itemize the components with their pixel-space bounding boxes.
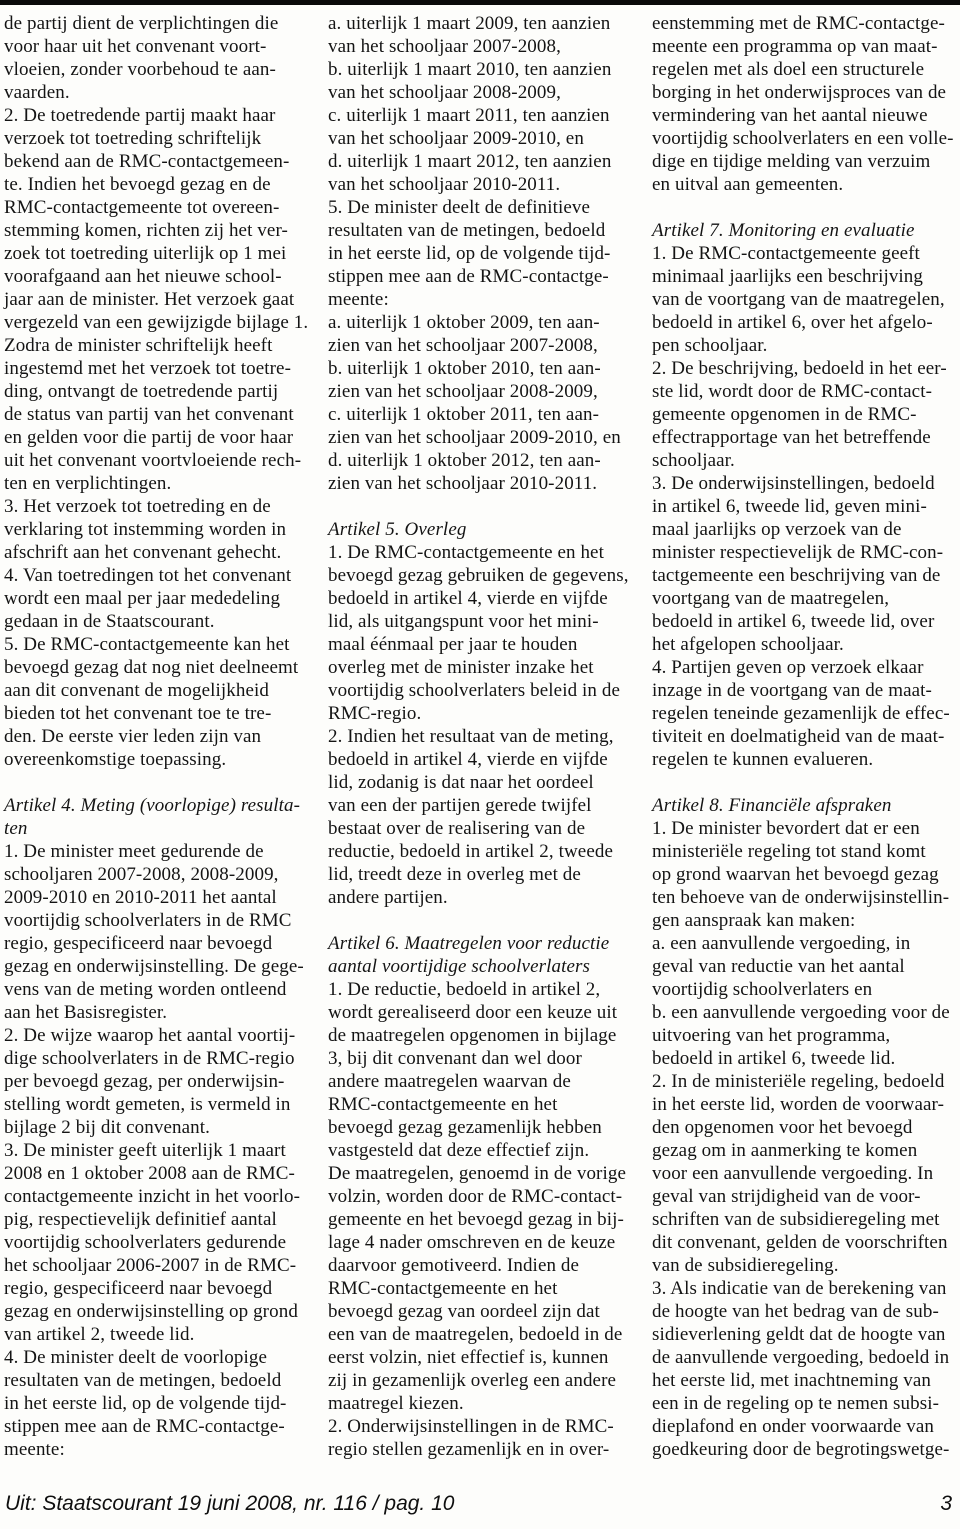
text-line: gen aanspraak kan maken:: [652, 909, 954, 932]
text-line: tactgemeente een beschrijving van de: [652, 564, 954, 587]
article-heading-line: Artikel 4. Meting (voorlopige) resulta-: [4, 794, 306, 817]
text-line: van het schooljaar 2010-2011.: [328, 173, 630, 196]
footer-source: Uit: Staatscourant 19 juni 2008, nr. 116…: [5, 1492, 454, 1516]
text-line: c. uiterlijk 1 maart 2011, ten aanzien: [328, 104, 630, 127]
article-heading-line: Artikel 5. Overleg: [328, 518, 630, 541]
text-line: ste lid, wordt door de RMC-contact-: [652, 380, 954, 403]
text-line: in artikel 6, tweede lid, geven mini-: [652, 495, 954, 518]
text-line: de partij dient de verplichtingen die: [4, 12, 306, 35]
text-line: gemeente opgenomen in de RMC-: [652, 403, 954, 426]
text-line: ingestemd met het verzoek tot toetre-: [4, 357, 306, 380]
text-line: 3. De minister geeft uiterlijk 1 maart: [4, 1139, 306, 1162]
text-line: lid, zodanig is dat naar het oordeel: [328, 771, 630, 794]
text-line: voortijdig schoolverlaters en een volle-: [652, 127, 954, 150]
top-rule: [0, 0, 960, 5]
text-line: geval van strijdigheid van de voor-: [652, 1185, 954, 1208]
text-line: bedoeld in artikel 6, over het afgelo-: [652, 311, 954, 334]
text-line: regelen met als doel een structurele: [652, 58, 954, 81]
text-line: zien van het schooljaar 2008-2009,: [328, 380, 630, 403]
article-heading-line: Artikel 6. Maatregelen voor reductie: [328, 932, 630, 955]
text-line: 3. Als indicatie van de berekening van: [652, 1277, 954, 1300]
text-line: uitvoering van het programma,: [652, 1024, 954, 1047]
text-line: reductie, bedoeld in artikel 2, tweede: [328, 840, 630, 863]
text-line: inzage in de voortgang van de maat-: [652, 679, 954, 702]
text-line: regio, gespecificeerd naar bevoegd: [4, 932, 306, 955]
text-line: de status van partij van het convenant: [4, 403, 306, 426]
text-line: aan dit convenant de mogelijkheid: [4, 679, 306, 702]
text-line: lage 4 nader omschreven en de keuze: [328, 1231, 630, 1254]
text-line: contactgemeente inzicht in het voorlo-: [4, 1185, 306, 1208]
text-line: 4. Van toetredingen tot het convenant: [4, 564, 306, 587]
text-line: 3. De onderwijsinstellingen, bedoeld: [652, 472, 954, 495]
text-line: van de subsidieregeling.: [652, 1254, 954, 1277]
text-line: maatregel kiezen.: [328, 1392, 630, 1415]
text-line: goedkeuring door de begrotingswetge-: [652, 1438, 954, 1461]
text-line: per bevoegd gezag, per onderwijsin-: [4, 1070, 306, 1093]
text-line: van de voortgang van de maatregelen,: [652, 288, 954, 311]
text-line: 2. De toetredende partij maakt haar: [4, 104, 306, 127]
text-line: dige en tijdige melding van verzuim: [652, 150, 954, 173]
text-line: maal jaarlijks op verzoek van de: [652, 518, 954, 541]
text-line: resultaten van de metingen, bedoeld: [4, 1369, 306, 1392]
text-line: een van de maatregelen, bedoeld in de: [328, 1323, 630, 1346]
text-line: bedoeld in artikel 4, vierde en vijfde: [328, 587, 630, 610]
text-line: meente:: [4, 1438, 306, 1461]
text-line: te. Indien het bevoegd gezag en de: [4, 173, 306, 196]
text-line: lid, treedt deze in overleg met de: [328, 863, 630, 886]
text-line: 2. In de ministeriële regeling, bedoeld: [652, 1070, 954, 1093]
text-line: schooljaren 2007-2008, 2008-2009,: [4, 863, 306, 886]
text-line: andere maatregelen waarvan de: [328, 1070, 630, 1093]
text-line: 2008 en 1 oktober 2008 aan de RMC-: [4, 1162, 306, 1185]
text-line: bieden tot het convenant toe te tre-: [4, 702, 306, 725]
text-line: gezag en onderwijsinstelling. De gege-: [4, 955, 306, 978]
text-line: daarvoor gemotiveerd. Indien de: [328, 1254, 630, 1277]
text-line: ding, ontvangt de toetredende partij: [4, 380, 306, 403]
text-line: van het schooljaar 2007-2008,: [328, 35, 630, 58]
text-columns: de partij dient de verplichtingen dievoo…: [4, 12, 956, 1461]
text-line: andere partijen.: [328, 886, 630, 909]
text-line: stippen mee aan de RMC-contactge-: [328, 265, 630, 288]
text-line: 4. Partijen geven op verzoek elkaar: [652, 656, 954, 679]
text-line: bekend aan de RMC-contactgemeen-: [4, 150, 306, 173]
text-line: voortijdig schoolverlaters gedurende: [4, 1231, 306, 1254]
text-line: minister respectievelijk de RMC-con-: [652, 541, 954, 564]
page-number: 3: [940, 1492, 952, 1516]
text-line: eenstemming met de RMC-contactge-: [652, 12, 954, 35]
text-line: voortgang van de maatregelen,: [652, 587, 954, 610]
text-line: de aanvullende vergoeding, bedoeld in: [652, 1346, 954, 1369]
text-line: tiviteit en doelmatigheid van de maat-: [652, 725, 954, 748]
text-line: en gelden voor die partij de voor haar: [4, 426, 306, 449]
text-line: lid, als uitgangspunt voor het mini-: [328, 610, 630, 633]
text-line: bijlage 2 bij dit convenant.: [4, 1116, 306, 1139]
text-line: geval van reductie van het aantal: [652, 955, 954, 978]
text-line: regio stellen gezamenlijk en in over-: [328, 1438, 630, 1461]
column-1: de partij dient de verplichtingen dievoo…: [4, 12, 306, 1461]
text-line: zoek tot toetreding uiterlijk op 1 mei: [4, 242, 306, 265]
text-line: regelen teneinde gezamenlijk de effec-: [652, 702, 954, 725]
text-line: Zodra de minister schriftelijk heeft: [4, 334, 306, 357]
text-line: voorafgaand aan het nieuwe school-: [4, 265, 306, 288]
text-line: dieplafond en onder voorwaarde van: [652, 1415, 954, 1438]
text-line: volzin, worden door de RMC-contact-: [328, 1185, 630, 1208]
text-line: b. een aanvullende vergoeding voor de: [652, 1001, 954, 1024]
text-line: RMC-contactgemeente en het: [328, 1093, 630, 1116]
text-line: den opgenomen voor het bevoegd: [652, 1116, 954, 1139]
text-line: van artikel 2, tweede lid.: [4, 1323, 306, 1346]
text-line: afschrift aan het convenant gehecht.: [4, 541, 306, 564]
text-line: 2. Onderwijsinstellingen in de RMC-: [328, 1415, 630, 1438]
text-line: ministeriële regeling tot stand komt: [652, 840, 954, 863]
text-line: overeenkomstige toepassing.: [4, 748, 306, 771]
text-line: wordt gerealiseerd door een keuze uit: [328, 1001, 630, 1024]
text-line: sidieverlening geldt dat de hoogte van: [652, 1323, 954, 1346]
text-line: het schooljaar 2006-2007 in de RMC-: [4, 1254, 306, 1277]
text-line: 1. De RMC-contactgemeente en het: [328, 541, 630, 564]
text-line: uit het convenant voortvloeiende rech-: [4, 449, 306, 472]
text-line: ten en verplichtingen.: [4, 472, 306, 495]
text-line: voortijdig schoolverlaters beleid in de: [328, 679, 630, 702]
text-line: 2009-2010 en 2010-2011 het aantal: [4, 886, 306, 909]
text-line: aan het Basisregister.: [4, 1001, 306, 1024]
text-line: voor een aanvullende vergoeding. In: [652, 1162, 954, 1185]
text-line: 1. De reductie, bedoeld in artikel 2,: [328, 978, 630, 1001]
text-line: in het eerste lid, worden de voorwaar-: [652, 1093, 954, 1116]
text-line: 3. Het verzoek tot toetreding en de: [4, 495, 306, 518]
text-line: gezag om in aanmerking te komen: [652, 1139, 954, 1162]
text-line: 5. De RMC-contactgemeente kan het: [4, 633, 306, 656]
text-line: 1. De RMC-contactgemeente geeft: [652, 242, 954, 265]
text-line: a. uiterlijk 1 oktober 2009, ten aan-: [328, 311, 630, 334]
text-line: bedoeld in artikel 6, tweede lid, over: [652, 610, 954, 633]
text-line: meente:: [328, 288, 630, 311]
article-heading-line: ten: [4, 817, 306, 840]
text-line: bedoeld in artikel 6, tweede lid.: [652, 1047, 954, 1070]
text-line: van het schooljaar 2009-2010, en: [328, 127, 630, 150]
text-line: borging in het onderwijsproces van de: [652, 81, 954, 104]
text-line: dit convenant, gelden de voorschriften: [652, 1231, 954, 1254]
text-line: 2. Indien het resultaat van de meting,: [328, 725, 630, 748]
text-line: 3, bij dit convenant dan wel door: [328, 1047, 630, 1070]
text-line: RMC-contactgemeente en het: [328, 1277, 630, 1300]
text-line: b. uiterlijk 1 oktober 2010, ten aan-: [328, 357, 630, 380]
text-line: voortijdig schoolverlaters in de RMC: [4, 909, 306, 932]
text-line: bestaat over de realisering van de: [328, 817, 630, 840]
text-line: b. uiterlijk 1 maart 2010, ten aanzien: [328, 58, 630, 81]
text-line: bevoegd gezag van oordeel zijn dat: [328, 1300, 630, 1323]
column-3: eenstemming met de RMC-contactge-meente …: [652, 12, 954, 1461]
text-line: dige schoolverlaters in de RMC-regio: [4, 1047, 306, 1070]
text-line: het eerste lid, met inachtneming van: [652, 1369, 954, 1392]
text-line: van een der partijen gerede twijfel: [328, 794, 630, 817]
text-line: stippen mee aan de RMC-contactge-: [4, 1415, 306, 1438]
text-line: voortijdig schoolverlaters en: [652, 978, 954, 1001]
text-line: gedaan in de Staatscourant.: [4, 610, 306, 633]
text-line: een in de regeling op te nemen subsi-: [652, 1392, 954, 1415]
text-line: meente een programma op van maat-: [652, 35, 954, 58]
text-line: gemeente en het bevoegd gezag in bij-: [328, 1208, 630, 1231]
text-line: en uitval aan gemeenten.: [652, 173, 954, 196]
text-line: a. een aanvullende vergoeding, in: [652, 932, 954, 955]
text-line: vergezeld van een gewijzigde bijlage 1.: [4, 311, 306, 334]
text-line: van het schooljaar 2008-2009,: [328, 81, 630, 104]
text-line: pen schooljaar.: [652, 334, 954, 357]
text-line: verzoek tot toetreding schriftelijk: [4, 127, 306, 150]
text-line: regelen te kunnen evalueren.: [652, 748, 954, 771]
text-line: RMC-regio.: [328, 702, 630, 725]
text-line: schriften van de subsidieregeling met: [652, 1208, 954, 1231]
text-line: in het eerste lid, op de volgende tijd-: [328, 242, 630, 265]
text-line: vermindering van het aantal nieuwe: [652, 104, 954, 127]
text-line: zien van het schooljaar 2007-2008,: [328, 334, 630, 357]
text-line: stemming komen, richten zij het ver-: [4, 219, 306, 242]
text-line: vaarden.: [4, 81, 306, 104]
text-line: in het eerste lid, op de volgende tijd-: [4, 1392, 306, 1415]
text-line: zij in gezamenlijk overleg een andere: [328, 1369, 630, 1392]
text-line: bevoegd gezag gezamenlijk hebben: [328, 1116, 630, 1139]
text-line: 2. De wijze waarop het aantal voortij-: [4, 1024, 306, 1047]
text-line: pig, respectievelijk definitief aantal: [4, 1208, 306, 1231]
text-line: vastgesteld dat deze effectief zijn.: [328, 1139, 630, 1162]
text-line: 2. De beschrijving, bedoeld in het eer-: [652, 357, 954, 380]
text-line: vens van de meting worden ontleend: [4, 978, 306, 1001]
text-line: zien van het schooljaar 2010-2011.: [328, 472, 630, 495]
text-line: d. uiterlijk 1 oktober 2012, ten aan-: [328, 449, 630, 472]
text-line: vloeien, zonder voorbehoud te aan-: [4, 58, 306, 81]
text-line: regio, gespecificeerd naar bevoegd: [4, 1277, 306, 1300]
article-heading-line: Artikel 7. Monitoring en evaluatie: [652, 219, 954, 242]
text-line: zien van het schooljaar 2009-2010, en: [328, 426, 630, 449]
text-line: gezag en onderwijsinstelling op grond: [4, 1300, 306, 1323]
text-line: verklaring tot instemming worden in: [4, 518, 306, 541]
text-line: bevoegd gezag dat nog niet deelneemt: [4, 656, 306, 679]
document-page: de partij dient de verplichtingen dievoo…: [0, 0, 960, 1529]
article-heading-line: aantal voortijdige schoolverlaters: [328, 955, 630, 978]
text-line: d. uiterlijk 1 maart 2012, ten aanzien: [328, 150, 630, 173]
text-line: eerst volzin, niet effectief is, kunnen: [328, 1346, 630, 1369]
text-line: 1. De minister meet gedurende de: [4, 840, 306, 863]
text-line: jaar aan de minister. Het verzoek gaat: [4, 288, 306, 311]
text-line: op grond waarvan het bevoegd gezag: [652, 863, 954, 886]
article-heading-line: Artikel 8. Financiële afspraken: [652, 794, 954, 817]
text-line: wordt een maal per jaar mededeling: [4, 587, 306, 610]
text-line: het afgelopen schooljaar.: [652, 633, 954, 656]
text-line: effectrapportage van het betreffende: [652, 426, 954, 449]
text-line: 5. De minister deelt de definitieve: [328, 196, 630, 219]
text-line: bevoegd gezag gebruiken de gegevens,: [328, 564, 630, 587]
text-line: de hoogte van het bedrag van de sub-: [652, 1300, 954, 1323]
text-line: overleg met de minister inzake het: [328, 656, 630, 679]
text-line: minimaal jaarlijks een beschrijving: [652, 265, 954, 288]
text-line: de maatregelen opgenomen in bijlage: [328, 1024, 630, 1047]
text-line: bedoeld in artikel 4, vierde en vijfde: [328, 748, 630, 771]
text-line: ten behoeve van de onderwijsinstellin-: [652, 886, 954, 909]
text-line: c. uiterlijk 1 oktober 2011, ten aan-: [328, 403, 630, 426]
text-line: De maatregelen, genoemd in de vorige: [328, 1162, 630, 1185]
page-footer: Uit: Staatscourant 19 juni 2008, nr. 116…: [5, 1492, 952, 1516]
text-line: resultaten van de metingen, bedoeld: [328, 219, 630, 242]
text-line: 1. De minister bevordert dat er een: [652, 817, 954, 840]
text-line: RMC-contactgemeente tot overeen-: [4, 196, 306, 219]
column-2: a. uiterlijk 1 maart 2009, ten aanzienva…: [328, 12, 630, 1461]
text-line: schooljaar.: [652, 449, 954, 472]
text-line: 4. De minister deelt de voorlopige: [4, 1346, 306, 1369]
text-line: a. uiterlijk 1 maart 2009, ten aanzien: [328, 12, 630, 35]
text-line: voor haar uit het convenant voort-: [4, 35, 306, 58]
text-line: stelling wordt gemeten, is vermeld in: [4, 1093, 306, 1116]
text-line: den. De eerste vier leden zijn van: [4, 725, 306, 748]
text-line: maal éénmaal per jaar te houden: [328, 633, 630, 656]
